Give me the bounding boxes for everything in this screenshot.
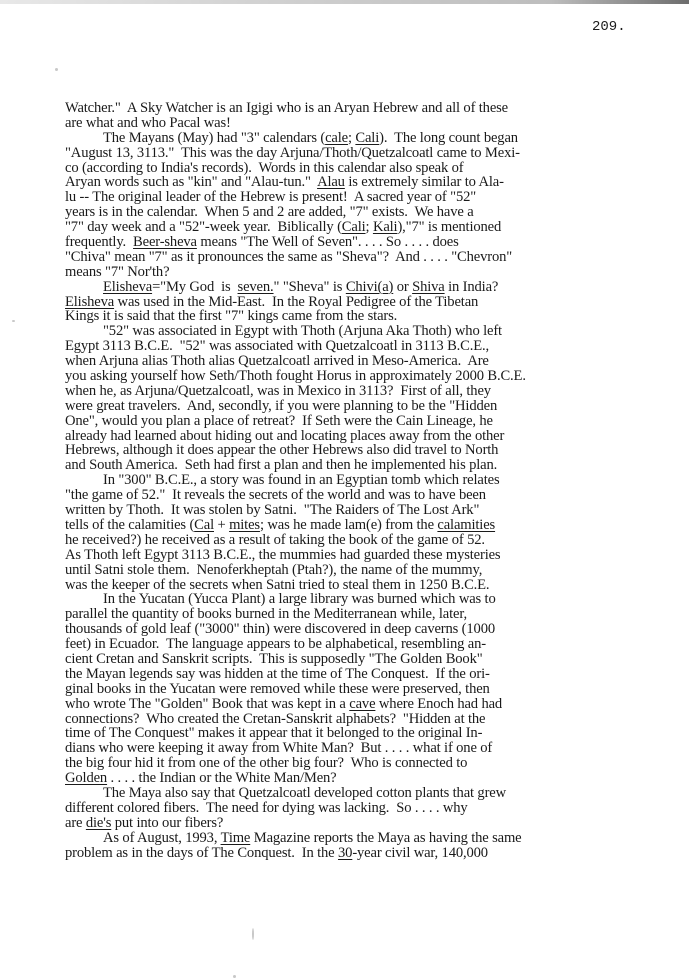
text-segment: in India? — [445, 279, 499, 295]
text-line: until Satni stole them. Nenoferkheptah (… — [65, 563, 645, 578]
text-line: parallel the quantity of books burned in… — [65, 607, 645, 622]
underlined-word: Beer-sheva — [133, 234, 197, 250]
text-line: was the keeper of the secrets when Satni… — [65, 578, 645, 593]
text-line: Kings it is said that the first "7" king… — [65, 309, 645, 324]
text-line: frequently. Beer-sheva means "The Well o… — [65, 235, 645, 250]
text-line: years is in the calendar. When 5 and 2 a… — [65, 205, 645, 220]
text-segment: where Enoch had had — [375, 696, 502, 712]
text-line: dians who were keeping it away from Whit… — [65, 741, 645, 756]
scan-speck — [12, 320, 15, 322]
text-segment: already had learned about hiding out and… — [65, 428, 504, 444]
text-line: connections? Who created the Cretan-Sans… — [65, 712, 645, 727]
text-line: when Arjuna alias Thoth alias Quetzalcoa… — [65, 354, 645, 369]
text-segment: is extremely similar to Ala- — [345, 174, 504, 190]
text-segment: are what and who Pacal was! — [65, 115, 231, 131]
text-segment: written by Thoth. It was stolen by Satni… — [65, 502, 479, 518]
text-line: feet) in Ecuador. The language appears t… — [65, 637, 645, 652]
underlined-word: Golden — [65, 770, 107, 786]
text-segment: tells of the calamities ( — [65, 517, 194, 533]
text-line: cient Cretan and Sanskrit scripts. This … — [65, 652, 645, 667]
text-line: ginal books in the Yucatan were removed … — [65, 682, 645, 697]
text-segment: frequently. — [65, 234, 133, 250]
text-segment: until Satni stole them. Nenoferkheptah (… — [65, 562, 482, 578]
text-line: Elisheva="My God is seven." "Sheva" is C… — [65, 280, 645, 295]
text-segment: or — [393, 279, 412, 295]
text-segment: ). The long count began — [379, 130, 518, 146]
text-line: thousands of gold leaf ("3000" thin) wer… — [65, 622, 645, 637]
text-line: "August 13, 3113." This was the day Arju… — [65, 146, 645, 161]
text-segment: parallel the quantity of books burned in… — [65, 606, 467, 622]
text-line: The Maya also say that Quetzalcoatl deve… — [65, 786, 645, 801]
underlined-word: Chivi(a) — [346, 279, 393, 295]
text-segment: Magazine reports the Maya as having the … — [250, 830, 521, 846]
text-segment: were great travelers. And, secondly, if … — [65, 398, 497, 414]
scan-speck — [233, 975, 236, 978]
text-line: he received?) he received as a result of… — [65, 533, 645, 548]
text-segment: "7" day week and a "52"-week year. Bibli… — [65, 219, 342, 235]
text-segment: -year civil war, 140,000 — [352, 845, 488, 861]
text-line: written by Thoth. It was stolen by Satni… — [65, 503, 645, 518]
text-line: you asking yourself how Seth/Thoth fough… — [65, 369, 645, 384]
text-segment: you asking yourself how Seth/Thoth fough… — [65, 368, 526, 384]
scan-edge — [0, 0, 689, 4]
underlined-word: cale — [325, 130, 348, 146]
text-segment: when he, as Arjuna/Quetzalcoatl, was in … — [65, 383, 491, 399]
underlined-word: Elisheva — [65, 294, 114, 310]
text-line: means "7" Nor'th? — [65, 265, 645, 280]
text-segment: co (according to India's records). Words… — [65, 160, 463, 176]
underlined-word: mites — [229, 517, 260, 533]
text-line: time of The Conquest" makes it appear th… — [65, 726, 645, 741]
text-segment: means "The Well of Seven". . . . So . . … — [197, 234, 459, 250]
text-segment: "the game of 52." It reveals the secrets… — [65, 487, 486, 503]
text-line: tells of the calamities (Cal + mites; wa… — [65, 518, 645, 533]
text-line: "the game of 52." It reveals the secrets… — [65, 488, 645, 503]
text-segment: "52" was associated in Egypt with Thoth … — [103, 323, 502, 339]
text-line: Aryan words such as "kin" and "Alau-tun.… — [65, 175, 645, 190]
text-line: Hebrews, although it does appear the oth… — [65, 443, 645, 458]
text-line: "7" day week and a "52"-week year. Bibli… — [65, 220, 645, 235]
text-segment: when Arjuna alias Thoth alias Quetzalcoa… — [65, 353, 489, 369]
text-line: Watcher." A Sky Watcher is an Igigi who … — [65, 101, 645, 116]
text-segment: The Mayans (May) had "3" calendars ( — [103, 130, 325, 146]
text-segment: means "7" Nor'th? — [65, 264, 169, 280]
text-segment: + — [214, 517, 229, 533]
text-line: Golden . . . . the Indian or the White M… — [65, 771, 645, 786]
text-line: problem as in the days of The Conquest. … — [65, 846, 645, 861]
text-segment: was used in the Mid-East. In the Royal P… — [114, 294, 478, 310]
text-segment: years is in the calendar. When 5 and 2 a… — [65, 204, 474, 220]
text-segment: lu -- The original leader of the Hebrew … — [65, 189, 476, 205]
text-segment: ; — [366, 219, 373, 235]
text-segment: Aryan words such as "kin" and "Alau-tun.… — [65, 174, 317, 190]
underlined-word: Shiva — [412, 279, 445, 295]
text-segment: different colored fibers. The need for d… — [65, 800, 468, 816]
scan-speck — [252, 928, 254, 940]
text-segment: dians who were keeping it away from Whit… — [65, 740, 492, 756]
underlined-word: Cal — [194, 517, 214, 533]
text-line: Egypt 3113 B.C.E. "52" was associated wi… — [65, 339, 645, 354]
underlined-word: cave — [349, 696, 375, 712]
text-line: who wrote The "Golden" Book that was kep… — [65, 697, 645, 712]
text-segment: cient Cretan and Sanskrit scripts. This … — [65, 651, 483, 667]
text-segment: " "Sheva" is — [274, 279, 346, 295]
text-segment: was the keeper of the secrets when Satni… — [65, 577, 489, 593]
text-segment: ; was he made lam(e) from the — [260, 517, 437, 533]
text-segment: problem as in the days of The Conquest. … — [65, 845, 338, 861]
text-line: different colored fibers. The need for d… — [65, 801, 645, 816]
text-line: are what and who Pacal was! — [65, 116, 645, 131]
text-segment: Egypt 3113 B.C.E. "52" was associated wi… — [65, 338, 489, 354]
text-segment: the big four hid it from one of the othe… — [65, 755, 467, 771]
underlined-word: Alau — [317, 174, 345, 190]
text-segment: who wrote The "Golden" Book that was kep… — [65, 696, 349, 712]
text-line: when he, as Arjuna/Quetzalcoatl, was in … — [65, 384, 645, 399]
text-segment: "Chiva" mean "7" as it pronounces the sa… — [65, 249, 512, 265]
text-segment: the Mayan legends say was hidden at the … — [65, 666, 490, 682]
text-segment: Kings it is said that the first "7" king… — [65, 308, 397, 324]
text-line: already had learned about hiding out and… — [65, 429, 645, 444]
text-segment: thousands of gold leaf ("3000" thin) wer… — [65, 621, 495, 637]
text-segment: ="My God is — [152, 279, 237, 295]
text-line: are die's put into our fibers? — [65, 816, 645, 831]
text-line: co (according to India's records). Words… — [65, 161, 645, 176]
text-segment: "August 13, 3113." This was the day Arju… — [65, 145, 520, 161]
text-line: the Mayan legends say was hidden at the … — [65, 667, 645, 682]
text-segment: ),"7" is mentioned — [397, 219, 501, 235]
text-line: One", would you plan a place of retreat?… — [65, 414, 645, 429]
underlined-word: 30 — [338, 845, 352, 861]
text-segment: As Thoth left Egypt 3113 B.C.E., the mum… — [65, 547, 500, 563]
text-segment: connections? Who created the Cretan-Sans… — [65, 711, 485, 727]
text-segment: time of The Conquest" makes it appear th… — [65, 725, 482, 741]
document-body: Watcher." A Sky Watcher is an Igigi who … — [65, 101, 645, 860]
text-segment: Watcher." A Sky Watcher is an Igigi who … — [65, 100, 508, 116]
text-line: the big four hid it from one of the othe… — [65, 756, 645, 771]
text-line: The Mayans (May) had "3" calendars (cale… — [65, 131, 645, 146]
text-segment: The Maya also say that Quetzalcoatl deve… — [103, 785, 506, 801]
text-line: "52" was associated in Egypt with Thoth … — [65, 324, 645, 339]
scan-speck — [55, 68, 58, 71]
text-segment: In "300" B.C.E., a story was found in an… — [103, 472, 500, 488]
page-number: 209. — [592, 19, 626, 35]
text-segment: Hebrews, although it does appear the oth… — [65, 442, 498, 458]
underlined-word: Cali — [355, 130, 379, 146]
text-segment: feet) in Ecuador. The language appears t… — [65, 636, 486, 652]
underlined-word: Kali — [373, 219, 398, 235]
text-line: and South America. Seth had first a plan… — [65, 458, 645, 473]
text-segment: One", would you plan a place of retreat?… — [65, 413, 493, 429]
text-line: As of August, 1993, Time Magazine report… — [65, 831, 645, 846]
text-segment: and South America. Seth had first a plan… — [65, 457, 497, 473]
text-line: In the Yucatan (Yucca Plant) a large lib… — [65, 592, 645, 607]
text-line: "Chiva" mean "7" as it pronounces the sa… — [65, 250, 645, 265]
text-segment: are — [65, 815, 86, 831]
text-line: As Thoth left Egypt 3113 B.C.E., the mum… — [65, 548, 645, 563]
text-segment: ginal books in the Yucatan were removed … — [65, 681, 490, 697]
text-segment: . . . . the Indian or the White Man/Men? — [107, 770, 336, 786]
underlined-word: seven. — [238, 279, 274, 295]
text-segment: In the Yucatan (Yucca Plant) a large lib… — [103, 591, 496, 607]
underlined-word: Elisheva — [103, 279, 152, 295]
text-line: Elisheva was used in the Mid-East. In th… — [65, 295, 645, 310]
underlined-word: calamities — [437, 517, 495, 533]
text-segment: As of August, 1993, — [103, 830, 221, 846]
underlined-word: die's — [86, 815, 111, 831]
text-line: were great travelers. And, secondly, if … — [65, 399, 645, 414]
text-segment: put into our fibers? — [111, 815, 223, 831]
text-line: In "300" B.C.E., a story was found in an… — [65, 473, 645, 488]
underlined-word: Time — [221, 830, 251, 846]
underlined-word: Cali — [342, 219, 366, 235]
text-line: lu -- The original leader of the Hebrew … — [65, 190, 645, 205]
text-segment: he received?) he received as a result of… — [65, 532, 485, 548]
